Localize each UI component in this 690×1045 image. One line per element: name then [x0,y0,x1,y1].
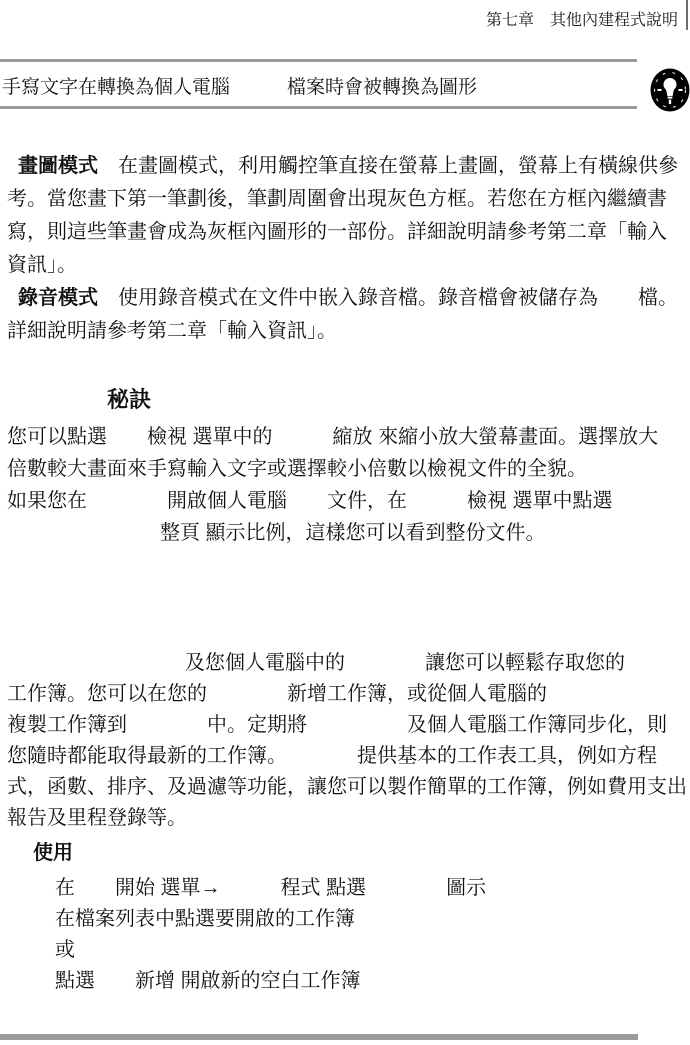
paragraph-line: 畫圖模式 在畫圖模式，利用觸控筆直接在螢幕上畫圖，螢幕上有橫線供參 [7,150,690,183]
note-text: 手寫文字在轉換為個人電腦 檔案時會被轉換為圖形 [2,72,477,99]
paragraph-line: 報告及里程登錄等。 [7,803,690,834]
paragraph-line: 複製工作簿到 中。定期將 及個人電腦工作簿同步化，則 [7,710,690,741]
paragraph-line: 如果您在 開啟個人電腦 文件，在 檢視 選單中點選 [7,485,690,517]
paragraph-line: 資訊」。 [7,249,690,282]
paragraph-line: 及您個人電腦中的 讓您可以輕鬆存取您的 [7,648,690,679]
paragraph-line: 考。當您畫下第一筆劃後，筆劃周圍會出現灰色方框。若您在方框內繼續書 [7,183,690,216]
paragraph-line: 詳細說明請參考第二章「輸入資訊」。 [7,315,690,348]
paragraph-record-mode: 錄音模式 使用錄音模式在文件中嵌入錄音檔。錄音檔會被儲存為 檔。 詳細說明請參考… [7,282,690,348]
paragraph-line: 您隨時都能取得最新的工作簿。 提供基本的工作表工具，例如方程 [7,741,690,772]
paragraph-line: 式，函數、排序、及過濾等功能，讓您可以製作簡單的工作簿，例如費用支出 [7,772,690,803]
lightbulb-tip-icon [650,68,690,112]
paragraph-line: 錄音模式 使用錄音模式在文件中嵌入錄音檔。錄音檔會被儲存為 檔。 [7,282,690,315]
note-bottom-rule [0,106,637,109]
page-bottom-rule [0,1034,638,1040]
paragraph-line: 整頁 顯示比例，這樣您可以看到整份文件。 [7,517,690,549]
manual-page: 第七章 其他內建程式說明 手寫文字在轉換為個人電腦 檔案時會被轉換為圖形 畫圖模… [0,0,690,1045]
term-label: 畫圖模式 [18,155,98,177]
step-line: 或 [55,935,690,966]
header-divider [686,0,688,30]
chapter-title: 第七章 其他內建程式說明 [486,12,678,29]
tips-heading: 秘訣 [107,383,151,414]
paragraph-line: 倍數較大畫面來手寫輸入文字或選擇較小倍數以檢視文件的全貌。 [7,453,690,485]
tips-paragraph: 您可以點選 檢視 選單中的 縮放 來縮小放大螢幕畫面。選擇放大 倍數較大畫面來手… [7,421,690,549]
paragraph-text: 在畫圖模式，利用觸控筆直接在螢幕上畫圖，螢幕上有橫線供參 [98,155,678,177]
note-top-rule [0,59,637,62]
usage-steps: 在 開始 選單→ 程式 點選 圖示 在檔案列表中點選要開啟的工作簿 或 點選 新… [55,873,690,997]
paragraph-text: 使用錄音模式在文件中嵌入錄音檔。錄音檔會被儲存為 檔。 [98,287,678,309]
paragraph-line: 寫，則這些筆畫會成為灰框內圖形的一部份。詳細說明請參考第二章「輸入 [7,216,690,249]
chapter-header: 第七章 其他內建程式說明 [486,7,678,30]
step-line: 在 開始 選單→ 程式 點選 圖示 [55,873,690,904]
paragraph-draw-mode: 畫圖模式 在畫圖模式，利用觸控筆直接在螢幕上畫圖，螢幕上有橫線供參 考。當您畫下… [7,150,690,282]
paragraph-line: 工作簿。您可以在您的 新增工作簿，或從個人電腦的 [7,679,690,710]
step-line: 在檔案列表中點選要開啟的工作簿 [55,904,690,935]
usage-heading: 使用 [33,836,73,865]
paragraph-workbook: 及您個人電腦中的 讓您可以輕鬆存取您的 工作簿。您可以在您的 新增工作簿，或從個… [7,648,690,834]
step-line: 點選 新增 開啟新的空白工作簿 [55,966,690,997]
paragraph-line: 您可以點選 檢視 選單中的 縮放 來縮小放大螢幕畫面。選擇放大 [7,421,690,453]
term-label: 錄音模式 [18,287,98,309]
